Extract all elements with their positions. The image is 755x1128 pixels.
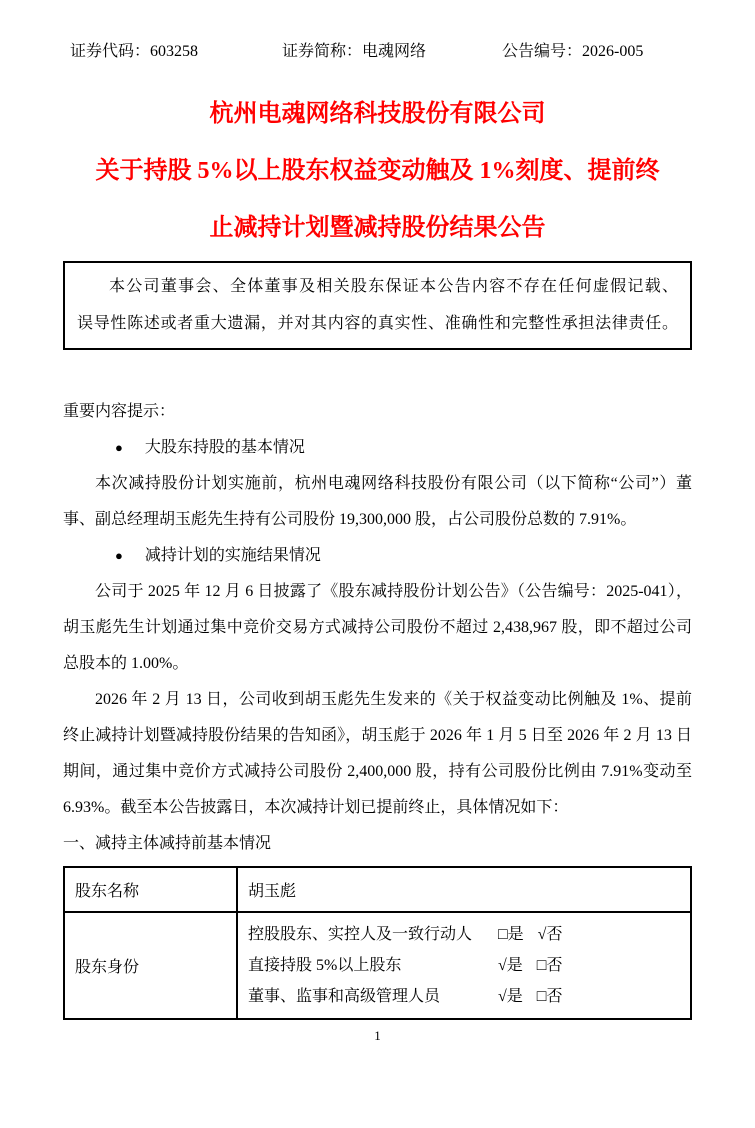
shareholder-identity-value: 控股股东、实控人及一致行动人 □是 √否 直接持股 5%以上股东 √是 □否 董… bbox=[237, 912, 691, 1019]
doc-header: 证券代码：603258 证券简称：电魂网络 公告编号：2026-005 bbox=[63, 38, 692, 60]
important-notice-heading: 重要内容提示： bbox=[63, 394, 692, 430]
page-number: 1 bbox=[63, 1028, 692, 1044]
identity-attr-label: 直接持股 5%以上股东 bbox=[248, 950, 498, 981]
bullet-item-plan-result: ●减持计划的实施结果情况 bbox=[63, 538, 692, 574]
stock-abbreviation: 证券简称：电魂网络 bbox=[282, 38, 426, 61]
checkbox-yes-mark: √是 bbox=[498, 950, 523, 981]
identity-row-controller: 控股股东、实控人及一致行动人 □是 √否 bbox=[248, 919, 689, 950]
disclaimer-line-1: 本公司董事会、全体董事及相关股东保证本公告内容不存在任何虚假记载、 bbox=[77, 268, 678, 305]
shareholder-name-value: 胡玉彪 bbox=[237, 867, 691, 912]
table-row-shareholder-identity: 股东身份 控股股东、实控人及一致行动人 □是 √否 直接持股 5%以上股东 √是… bbox=[64, 912, 691, 1019]
shareholder-identity-label: 股东身份 bbox=[64, 912, 237, 1019]
identity-attr-label: 控股股东、实控人及一致行动人 bbox=[248, 919, 498, 950]
checkbox-yes-mark: □是 bbox=[498, 919, 524, 950]
bullet-item-label: 减持计划的实施结果情况 bbox=[145, 547, 321, 564]
doc-title: 杭州电魂网络科技股份有限公司 关于持股 5%以上股东权益变动触及 1%刻度、提前… bbox=[63, 86, 692, 257]
title-line-1: 杭州电魂网络科技股份有限公司 bbox=[63, 86, 692, 143]
bullet-item-major-shareholder: ●大股东持股的基本情况 bbox=[63, 430, 692, 466]
paragraph-holding-before: 本次减持股份计划实施前，杭州电魂网络科技股份有限公司（以下简称“公司”）董事、副… bbox=[63, 466, 692, 538]
title-line-3: 止减持计划暨减持股份结果公告 bbox=[63, 200, 692, 257]
bullet-item-label: 大股东持股的基本情况 bbox=[145, 439, 305, 456]
identity-row-over5pct: 直接持股 5%以上股东 √是 □否 bbox=[248, 950, 689, 981]
shareholder-info-table: 股东名称 胡玉彪 股东身份 控股股东、实控人及一致行动人 □是 √否 直接持股 … bbox=[63, 866, 692, 1020]
checkbox-no-mark: □否 bbox=[537, 981, 563, 1012]
title-line-2: 关于持股 5%以上股东权益变动触及 1%刻度、提前终 bbox=[63, 143, 692, 200]
announcement-number: 公告编号：2026-005 bbox=[502, 38, 643, 61]
paragraph-result-detail: 2026 年 2 月 13 日，公司收到胡玉彪先生发来的《关于权益变动比例触及 … bbox=[63, 682, 692, 826]
checkbox-yes-mark: √是 bbox=[498, 981, 523, 1012]
announcement-page: 证券代码：603258 证券简称：电魂网络 公告编号：2026-005 杭州电魂… bbox=[0, 0, 755, 1044]
checkbox-no-mark: √否 bbox=[538, 919, 563, 950]
disclaimer-box: 本公司董事会、全体董事及相关股东保证本公告内容不存在任何虚假记载、 误导性陈述或… bbox=[63, 261, 692, 350]
disclaimer-line-2: 误导性陈述或者重大遗漏，并对其内容的真实性、准确性和完整性承担法律责任。 bbox=[77, 305, 678, 342]
paragraph-plan-disclosure: 公司于 2025 年 12 月 6 日披露了《股东减持股份计划公告》（公告编号：… bbox=[63, 574, 692, 682]
bullet-icon: ● bbox=[115, 548, 123, 563]
checkbox-no-mark: □否 bbox=[537, 950, 563, 981]
shareholder-name-label: 股东名称 bbox=[64, 867, 237, 912]
identity-row-director: 董事、监事和高级管理人员 √是 □否 bbox=[248, 981, 689, 1012]
stock-code: 证券代码：603258 bbox=[70, 38, 198, 61]
table-row-shareholder-name: 股东名称 胡玉彪 bbox=[64, 867, 691, 912]
identity-attr-label: 董事、监事和高级管理人员 bbox=[248, 981, 498, 1012]
bullet-icon: ● bbox=[115, 440, 123, 455]
section-heading: 一、减持主体减持前基本情况 bbox=[63, 826, 692, 862]
